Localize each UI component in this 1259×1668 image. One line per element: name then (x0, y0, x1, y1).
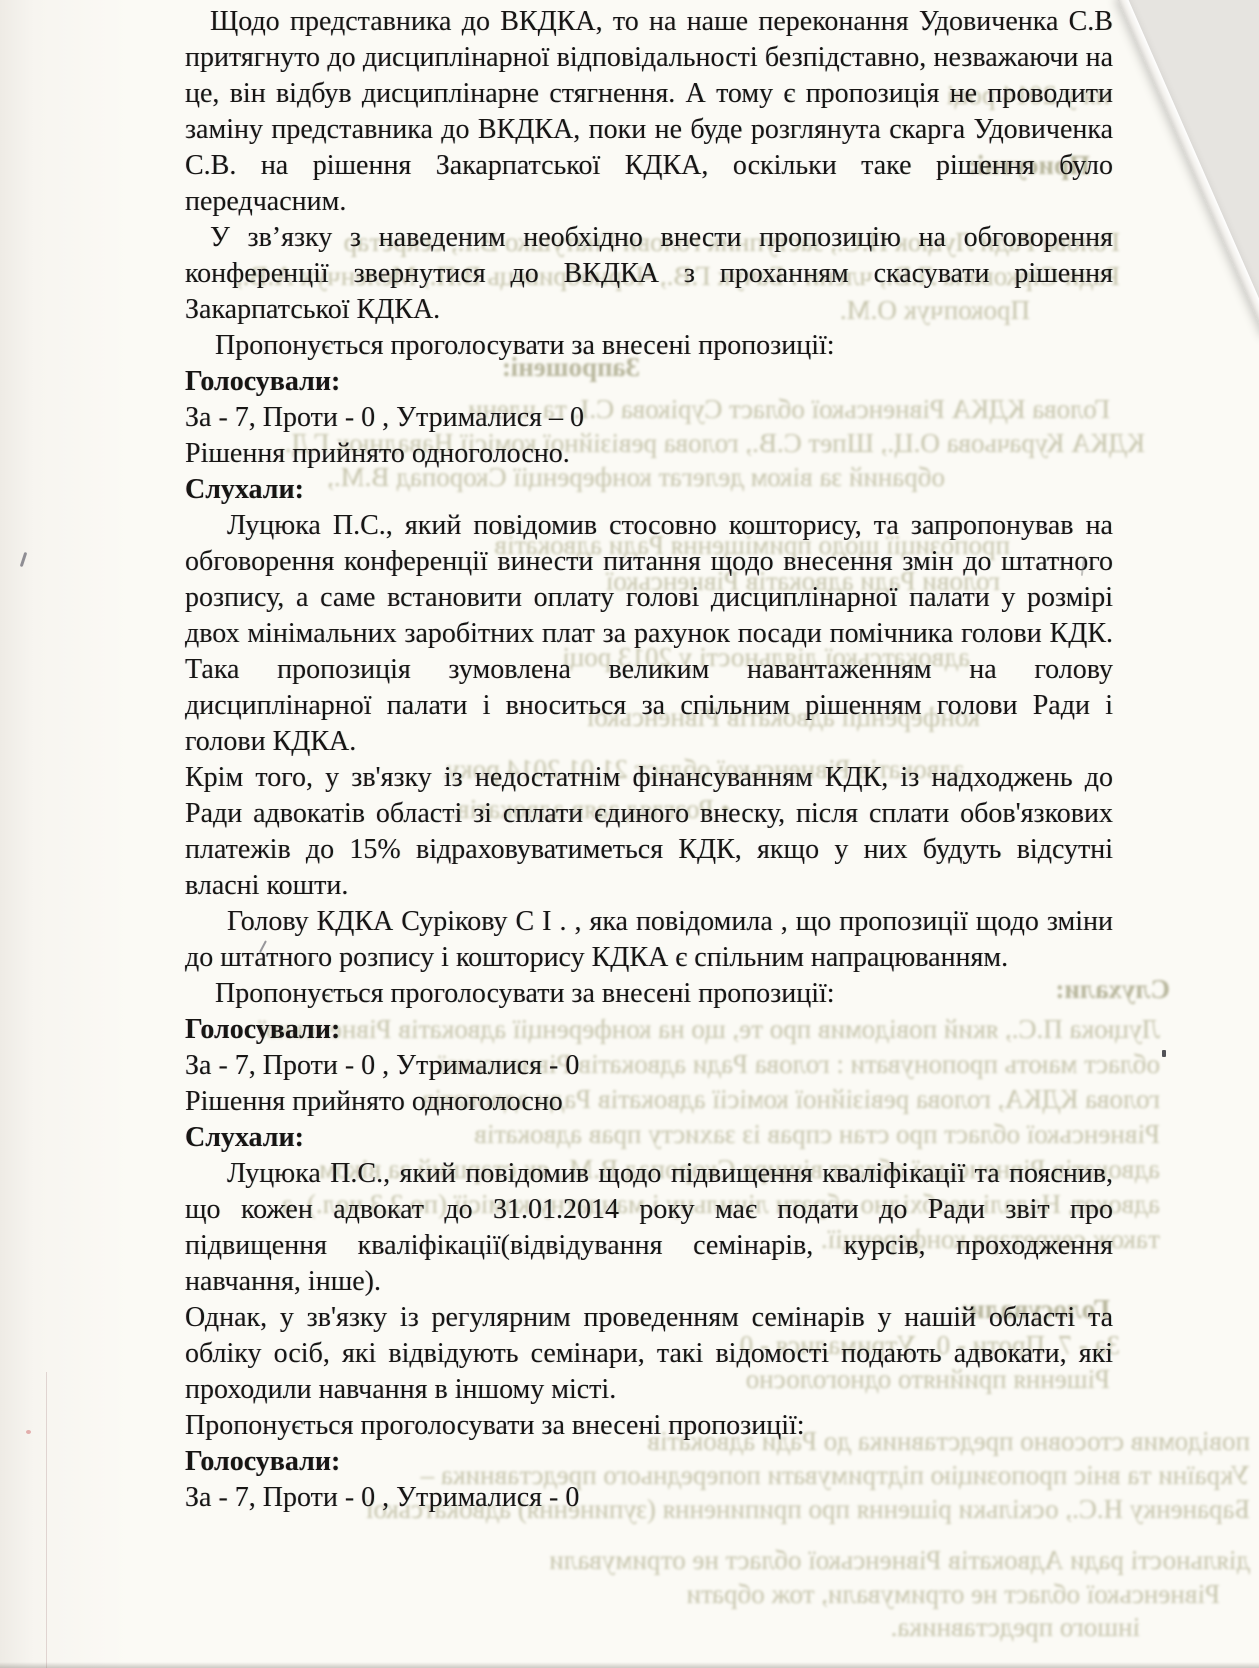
bleedthrough-text: діяльності ради Адвокатів Рівненської об… (240, 1543, 1250, 1577)
scanned-document: ня у 2014 році Присутні: Голова Ради Луц… (0, 0, 1259, 1668)
heading-heard: Слухали: (185, 472, 1113, 508)
bleedthrough-text: іншого представника. (750, 1610, 1140, 1644)
paragraph-lutsiuk-budget: Луцюка П.С., який повідомив стосовно кош… (185, 508, 1113, 760)
paragraph-kdk-funding: Крім того, у зв'язку із недостатнім фіна… (185, 760, 1113, 904)
paragraph-surikova: Голову КДКА Сурікову С І . , яка повідом… (185, 904, 1113, 976)
paragraph-seminars: Однак, у зв'язку із регулярним проведенн… (185, 1300, 1113, 1408)
paragraph-call-to-vote: Пропонується проголосувати за внесені пр… (185, 328, 1113, 364)
paragraph-call-to-vote-3: Пропонується проголосувати за внесені пр… (185, 1408, 1113, 1444)
vote-result: Рішення прийнято одноголосно. (185, 436, 1113, 472)
vote-tally-3: За - 7, Проти - 0 , Утрималися - 0 (185, 1480, 1113, 1516)
bleedthrough-text: Рівненської област не отримували, тож об… (240, 1577, 1220, 1611)
scan-artifact (26, 1430, 31, 1434)
heading-heard-2: Слухали: (185, 1120, 1113, 1156)
paragraph-call-to-vote-2: Пропонується проголосувати за внесені пр… (185, 976, 1113, 1012)
heading-voted-2: Голосували: (185, 1012, 1113, 1048)
vote-result-2: Рішення прийнято одноголосно (185, 1084, 1113, 1120)
page-crease (46, 1372, 47, 1668)
paragraph-vkdka-representative: Щодо представника до ВКДКА, то на наше п… (185, 4, 1113, 220)
document-body: Щодо представника до ВКДКА, то на наше п… (185, 4, 1113, 1516)
heading-voted-3: Голосували: (185, 1444, 1113, 1480)
paragraph-proposal-vkdka: У зв’язку з наведеним необхідно внести п… (185, 220, 1113, 328)
vote-tally-2: За - 7, Проти - 0 , Утрималися - 0 (185, 1048, 1113, 1084)
page-bottom-edge (0, 1662, 1259, 1668)
paragraph-lutsiuk-qualification: Луцюка П.С., який повідомив щодо підвище… (185, 1156, 1113, 1300)
vote-tally: За - 7, Проти - 0 , Утрималися – 0 (185, 400, 1113, 436)
heading-voted: Голосували: (185, 364, 1113, 400)
paper-sheet: ня у 2014 році Присутні: Голова Ради Луц… (0, 0, 1259, 1668)
scan-artifact (20, 552, 27, 567)
scan-artifact (1162, 1050, 1166, 1057)
